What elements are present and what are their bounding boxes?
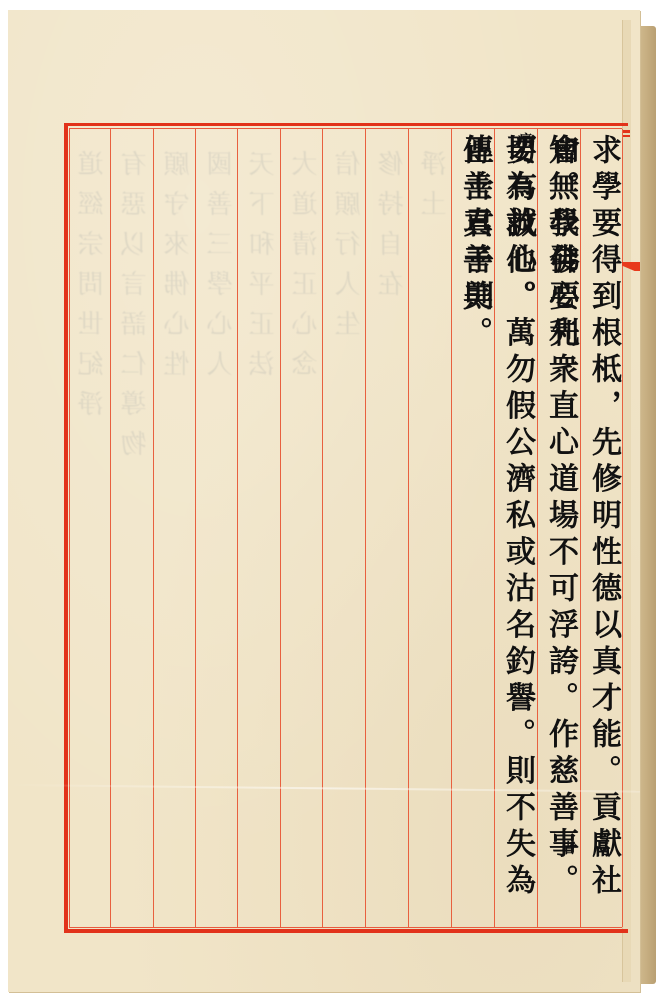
column-rule bbox=[408, 129, 409, 927]
column-rule bbox=[237, 129, 238, 927]
column-rule bbox=[365, 129, 366, 927]
manuscript-column-3: 切為救他。萬勿假公濟私或沽名釣譽。則不失為正士君子則 bbox=[496, 134, 538, 924]
marginal-note: 痛 bbox=[518, 130, 532, 150]
manuscript-column-4: 傳善真善美。 bbox=[453, 134, 495, 924]
marginal-note: 者 bbox=[562, 838, 576, 858]
manuscript-column-1: 求學要得到根柢，先修明性德以真才能。貢獻社會。學佛要先 bbox=[582, 134, 624, 924]
red-rule-mark bbox=[622, 130, 630, 133]
manuscript-column-2: 知無我發心利衆直心道場不可浮誇。作慈善事。要有誠心。 bbox=[539, 134, 581, 924]
column-rule bbox=[451, 129, 452, 927]
column-rule bbox=[280, 129, 281, 927]
column-rule bbox=[153, 129, 154, 927]
column-rule bbox=[110, 129, 111, 927]
column-rule bbox=[195, 129, 196, 927]
column-rule bbox=[322, 129, 323, 927]
